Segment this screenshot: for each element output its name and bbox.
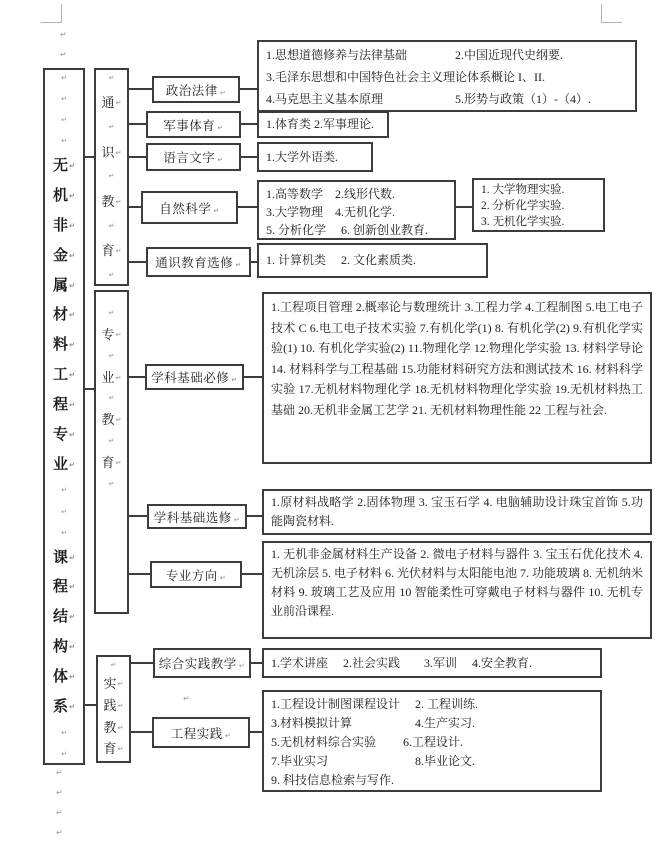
category-politics-law-label: 政治法律 (166, 81, 218, 99)
content-military-pe: 1.体育类 2.军事理论. (257, 111, 389, 138)
connector (244, 376, 262, 378)
paragraph-mark-icon: ↵ (183, 695, 190, 703)
connector (129, 376, 145, 378)
connector (241, 123, 257, 125)
content-discipline-required: 1.工程项目管理 2.概率论与数理统计 3.工程力学 4.工程制图 5.电工电子… (262, 292, 652, 464)
category-major-direction: 专业方向↵ (150, 561, 242, 588)
connector (250, 731, 262, 733)
category-discipline-required: 学科基础必修↵ (145, 364, 244, 390)
category-natural-science-label: 自然科学 (159, 199, 211, 217)
connector (241, 156, 257, 158)
connector (251, 662, 262, 664)
connector (85, 704, 96, 706)
paragraph-mark-icon: ↵ (60, 31, 67, 39)
paragraph-mark-icon: ↵ (234, 510, 240, 524)
connector (131, 662, 153, 664)
connector (129, 515, 147, 517)
paragraph-mark-icon: ↵ (56, 789, 63, 797)
content-natural-science-experiments: 1. 大学物理实验.2. 分析化学实验.3. 无机化学实验. (472, 178, 605, 232)
paragraph-mark-icon: ↵ (225, 726, 231, 740)
paragraph-mark-icon: ↵ (235, 255, 241, 269)
connector (247, 515, 262, 517)
connector (456, 206, 472, 208)
paragraph-mark-icon: ↵ (220, 83, 226, 97)
branch-practice-education: ↵实↵践↵教↵育↵ (96, 655, 131, 763)
content-politics-law: 1.思想道德修养与法律基础 2.中国近现代史纲要.3.毛泽东思想和中国特色社会主… (257, 40, 637, 112)
connector (131, 731, 152, 733)
category-discipline-required-label: 学科基础必修 (151, 368, 229, 386)
connector (240, 88, 257, 90)
connector (85, 388, 94, 390)
category-military-pe-label: 军事体育 (163, 116, 215, 134)
paragraph-mark-icon: ↵ (213, 201, 219, 215)
paragraph-mark-icon: ↵ (56, 829, 63, 837)
category-military-pe: 军事体育↵ (146, 111, 241, 138)
category-language: 语言文字↵ (146, 143, 241, 171)
category-natural-science: 自然科学↵ (141, 191, 238, 224)
category-comprehensive-practice-label: 综合实践教学 (159, 654, 237, 672)
paragraph-mark-icon: ↵ (60, 51, 67, 59)
content-language: 1.大学外语类. (257, 142, 373, 172)
crop-mark-top-left (61, 4, 62, 23)
category-engineering-practice-label: 工程实践 (171, 724, 223, 742)
crop-mark-top-left (41, 22, 62, 23)
category-discipline-elective: 学科基础选修↵ (147, 504, 247, 529)
connector (251, 261, 257, 263)
category-language-label: 语言文字 (163, 148, 215, 166)
connector (129, 573, 150, 575)
connector (129, 123, 146, 125)
connector (129, 156, 146, 158)
category-general-elective: 通识教育选修↵ (146, 247, 251, 277)
connector (242, 573, 262, 575)
category-politics-law: 政治法律↵ (152, 76, 240, 103)
root-title-box: ↵↵↵↵无↵机↵非↵金↵属↵材↵料↵工↵程↵专↵业↵↵↵↵课↵程↵结↵构↵体↵系… (43, 68, 85, 765)
content-general-elective: 1. 计算机类 2. 文化素质类. (257, 243, 488, 278)
crop-mark-top-right (601, 4, 602, 23)
paragraph-mark-icon: ↵ (217, 118, 223, 132)
crop-mark-top-right (601, 22, 622, 23)
category-general-elective-label: 通识教育选修 (155, 253, 233, 271)
paragraph-mark-icon: ↵ (220, 568, 226, 582)
connector (129, 261, 146, 263)
paragraph-mark-icon: ↵ (239, 656, 245, 670)
content-comprehensive-practice: 1.学术讲座 2.社会实践 3.军训 4.安全教育. (262, 648, 602, 678)
content-engineering-practice: 1.工程设计制图课程设计 2. 工程训练.3.材料模拟计算 4.生产实习.5.无… (262, 690, 602, 792)
connector (129, 88, 152, 90)
content-natural-science: 1.高等数学 2.线形代数.3.大学物理 4.无机化学.5. 分析化学 6. 创… (257, 180, 456, 240)
category-discipline-elective-label: 学科基础选修 (154, 508, 232, 526)
branch-professional-education: ↵专↵↵业↵↵教↵↵育↵↵ (94, 290, 129, 614)
paragraph-mark-icon: ↵ (217, 150, 223, 164)
category-comprehensive-practice: 综合实践教学↵ (153, 648, 251, 678)
connector (238, 206, 257, 208)
paragraph-mark-icon: ↵ (56, 809, 63, 817)
document-page: ↵ ↵ ↵ ↵ ↵ ↵ ↵ ↵↵↵↵无↵机↵非↵金↵属↵材↵料↵工↵程↵专↵业↵… (0, 0, 663, 844)
connector (85, 156, 94, 158)
category-major-direction-label: 专业方向 (166, 566, 218, 584)
paragraph-mark-icon: ↵ (56, 769, 63, 777)
content-major-direction: 1. 无机非金属材料生产设备 2. 微电子材料与器件 3. 宝玉石优化技术 4.… (262, 541, 652, 639)
branch-general-education: ↵通↵↵识↵↵教↵↵育↵↵ (94, 68, 129, 286)
content-discipline-elective: 1.原材料战略学 2.固体物理 3. 宝玉石学 4. 电脑辅助设计珠宝首饰 5.… (262, 489, 652, 535)
category-engineering-practice: 工程实践↵ (152, 717, 250, 748)
paragraph-mark-icon: ↵ (231, 370, 237, 384)
connector (129, 206, 141, 208)
